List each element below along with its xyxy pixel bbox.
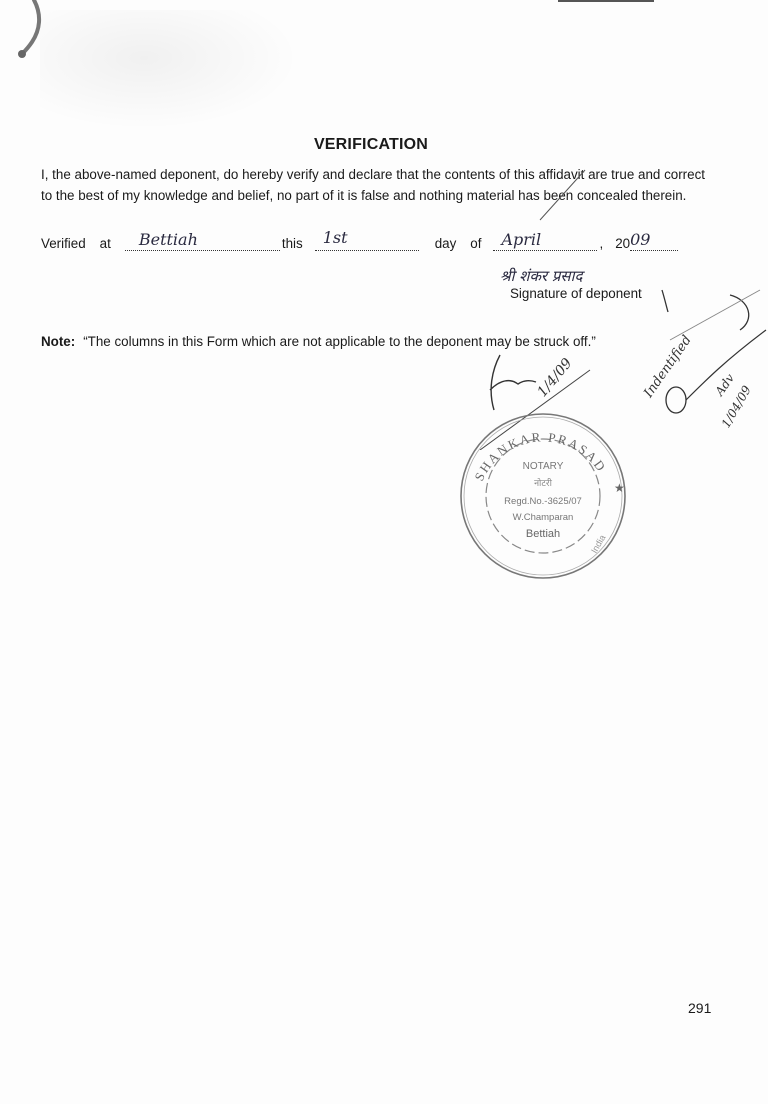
- page-number: 291: [688, 1000, 711, 1016]
- svg-text:NOTARY: NOTARY: [523, 461, 564, 472]
- svg-text:★: ★: [614, 481, 625, 495]
- verified-label: Verified: [41, 236, 86, 251]
- place-value: Bettiah: [139, 230, 198, 249]
- scan-edge-mark: [558, 0, 654, 2]
- at-label: at: [100, 236, 111, 251]
- note-label: Note:: [41, 334, 75, 349]
- svg-text:SHANKAR PRASAD: SHANKAR PRASAD: [471, 429, 609, 483]
- svg-text:Bettiah: Bettiah: [526, 528, 560, 540]
- svg-text:Regd.No.-3625/07: Regd.No.-3625/07: [504, 496, 582, 507]
- day-field: 1st: [315, 236, 419, 251]
- svg-text:Adv: Adv: [712, 371, 737, 399]
- notary-stamp: SHANKAR PRASAD NOTARY नोटरी Regd.No.-362…: [456, 404, 630, 588]
- svg-text:Indentified: Indentified: [641, 333, 695, 401]
- place-field: Bettiah: [125, 236, 280, 251]
- svg-text:W.Champaran: W.Champaran: [513, 512, 574, 523]
- svg-text:1/4/09: 1/4/09: [534, 355, 575, 400]
- day-value: 1st: [323, 228, 348, 247]
- scan-smudge: [40, 10, 300, 130]
- this-label: this: [282, 236, 303, 251]
- svg-text:India: India: [589, 533, 607, 555]
- svg-text:नोटरी: नोटरी: [534, 477, 553, 489]
- binding-string: [14, 0, 44, 60]
- identifier-annotation: Indentified Adv 1/04/09: [636, 290, 768, 430]
